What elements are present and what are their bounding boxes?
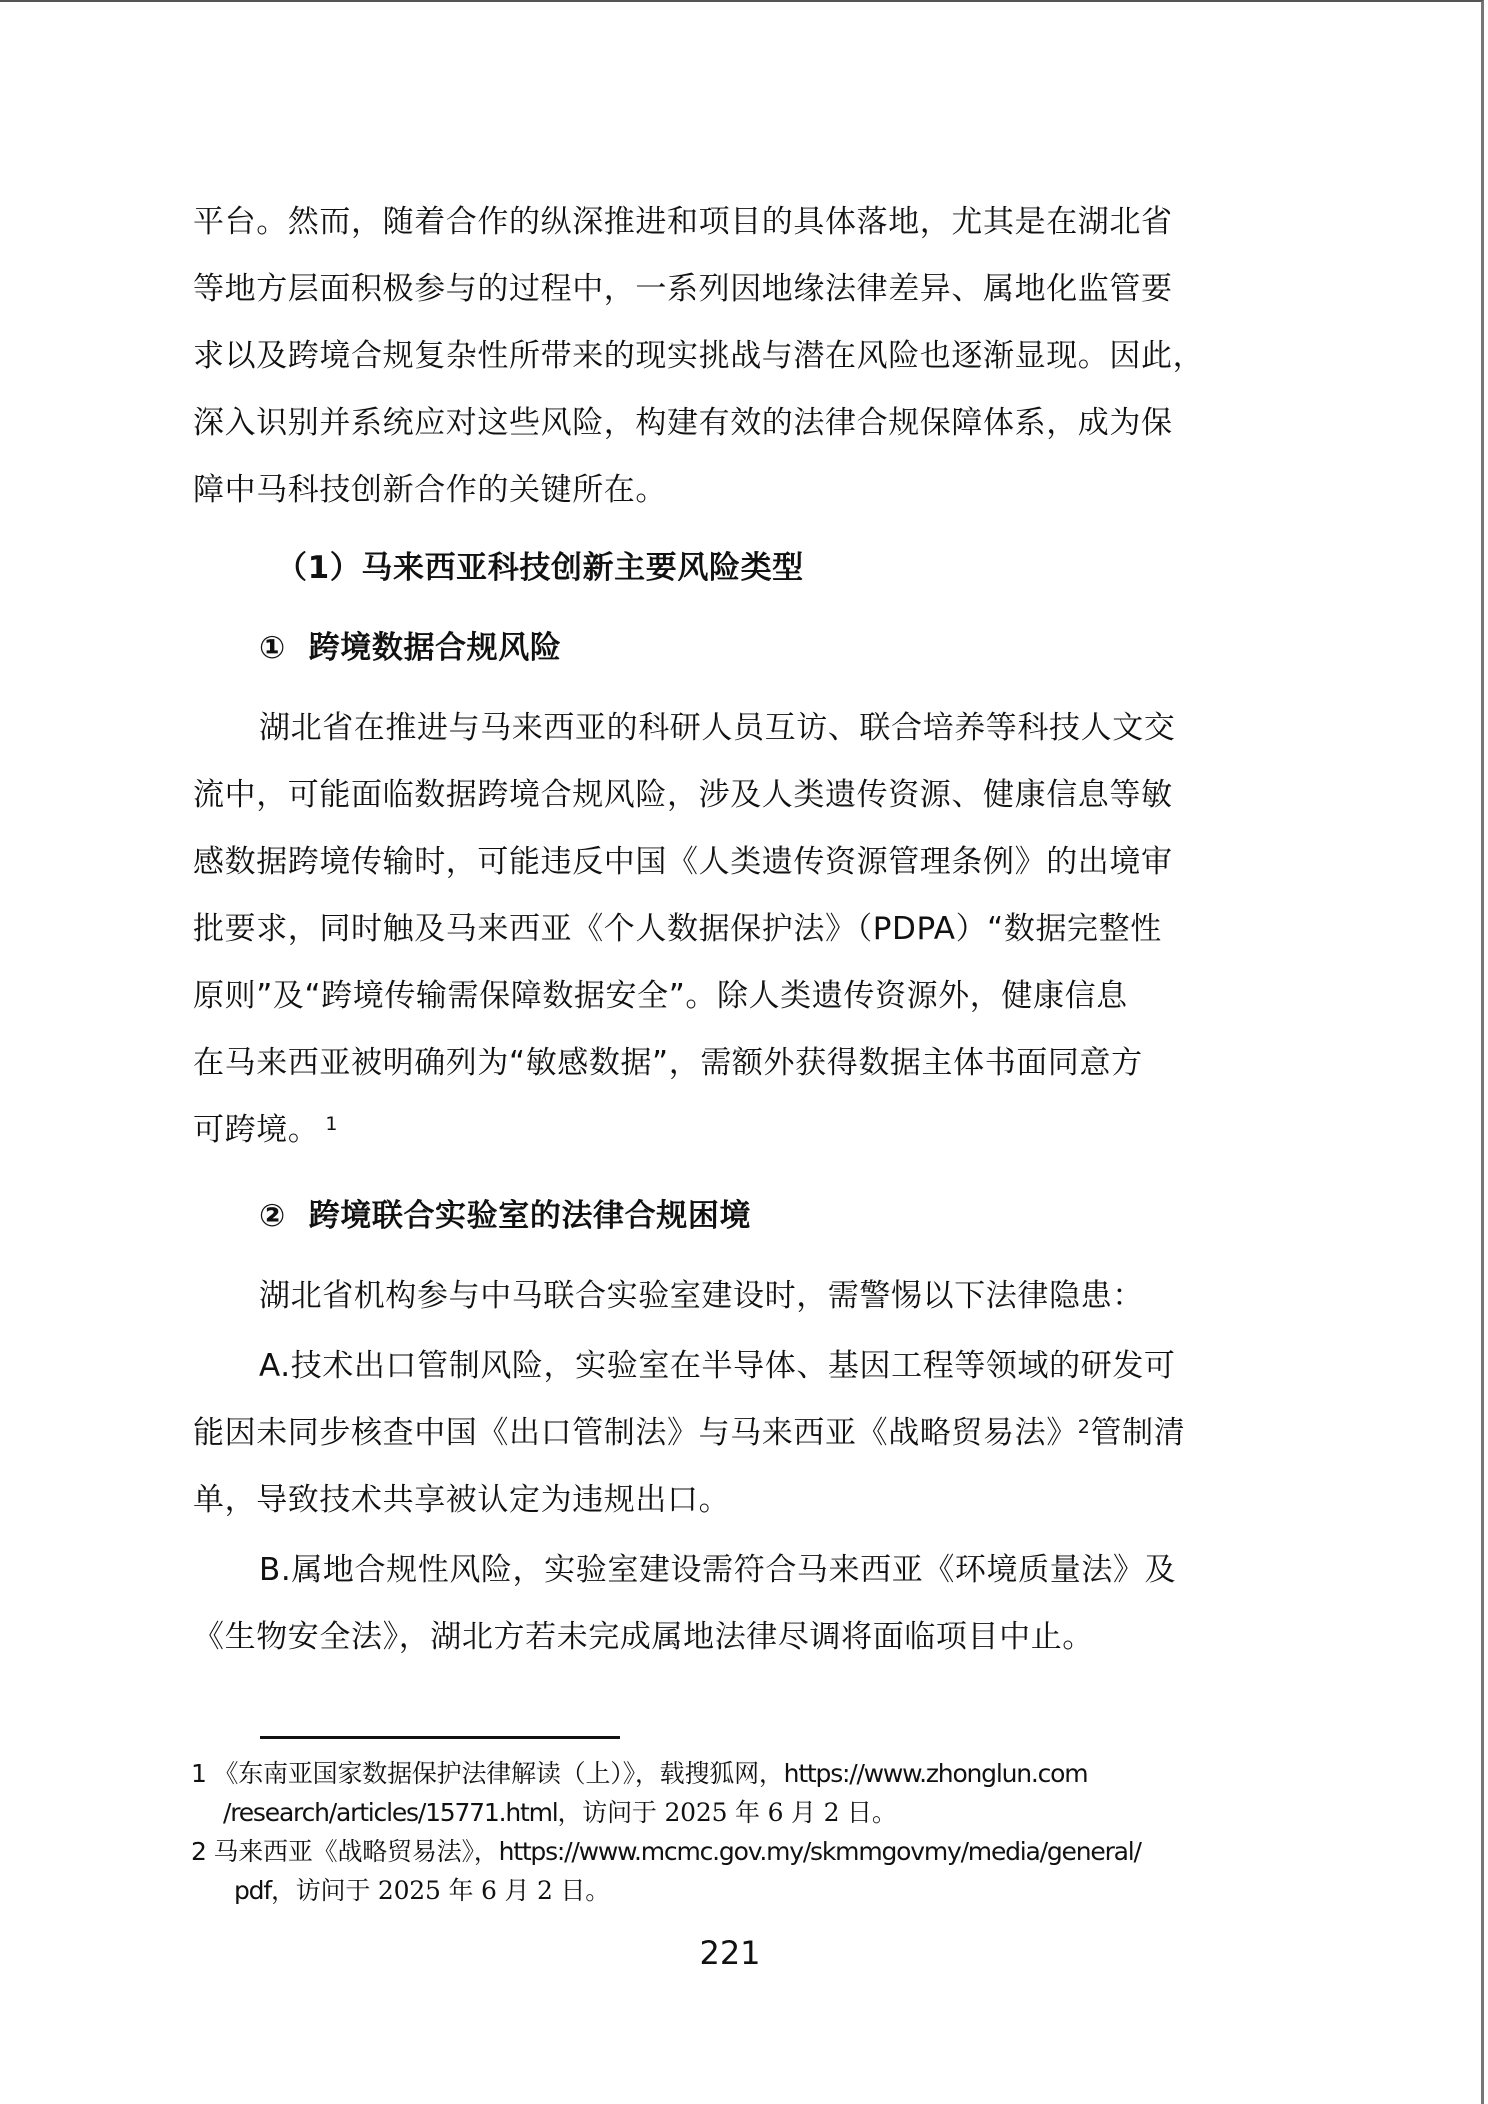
footnote-1-line-1: 1 《东南亚国家数据保护法律解读（上）》，载搜狐网，https://www.zh… (191, 1759, 1087, 1789)
intro-paragraph-line-3: 求以及跨境合规复杂性所带来的现实挑战与潜在风险也逐渐显现。因此， (193, 336, 1204, 376)
footnote-ref-2[interactable]: 2 (1078, 1416, 1091, 1438)
intro-paragraph-line-1: 平台。然而，随着合作的纵深推进和项目的具体落地，尤其是在湖北省 (193, 202, 1173, 242)
intro-paragraph-line-5: 障中马科技创新合作的关键所在。 (193, 470, 667, 510)
footnote-2-access: ，访问于 2025 年 6 月 2 日。 (271, 1876, 610, 1905)
item-a-line-2-tail: 管制清 (1091, 1415, 1186, 1451)
subsection-1-line-7: 可跨境。1 (193, 1110, 338, 1150)
subsection-1-line-6: 在马来西亚被明确列为“敏感数据”，需额外获得数据主体书面同意方 (193, 1043, 1143, 1083)
subsection-1-line-1: 湖北省在推进与马来西亚的科研人员互访、联合培养等科技人文交 (259, 708, 1175, 748)
footnote-2-url-part1[interactable]: https://www.mcmc.gov.my/skmmgovmy/media/… (499, 1837, 1141, 1866)
intro-paragraph-line-4: 深入识别并系统应对这些风险，构建有效的法律合规保障体系，成为保 (193, 403, 1173, 443)
footnote-1-line-2: /research/articles/15771.html，访问于 2025 年… (223, 1798, 897, 1828)
item-b-line-2: 《生物安全法》，湖北方若未完成属地法律尽调将面临项目中止。 (193, 1617, 1094, 1657)
subsection-1-line-7-text: 可跨境。 (193, 1112, 319, 1148)
footnote-2-url-part2[interactable]: pdf (234, 1876, 271, 1905)
item-a-line-3: 单，导致技术共享被认定为违规出口。 (193, 1480, 730, 1520)
subsection-heading-2: ② 跨境联合实验室的法律合规困境 (259, 1196, 751, 1236)
subsection-2-intro: 湖北省机构参与中马联合实验室建设时，需警惕以下法律隐患： (259, 1276, 1144, 1316)
subsection-1-line-2: 流中，可能面临数据跨境合规风险，涉及人类遗传资源、健康信息等敏 (193, 775, 1173, 815)
circled-number-2-icon: ② (259, 1198, 286, 1234)
circled-number-1-icon: ① (259, 630, 286, 666)
item-b-line-1: B.属地合规性风险，实验室建设需符合马来西亚《环境质量法》及 (259, 1550, 1176, 1590)
footnote-1-title: 《东南亚国家数据保护法律解读（上）》，载搜狐网， (213, 1759, 783, 1788)
footnote-separator (260, 1736, 620, 1739)
page-number: 221 (0, 1933, 1460, 1973)
footnote-2-title: 马来西亚《战略贸易法》， (213, 1837, 498, 1866)
footnote-2-line-2: pdf，访问于 2025 年 6 月 2 日。 (234, 1876, 610, 1906)
footnote-2-line-1: 2 马来西亚《战略贸易法》，https://www.mcmc.gov.my/sk… (191, 1837, 1141, 1867)
intro-paragraph-line-2: 等地方层面积极参与的过程中，一系列因地缘法律差异、属地化监管要 (193, 269, 1173, 309)
footnote-1-number: 1 (191, 1759, 206, 1788)
item-a-line-1: A.技术出口管制风险，实验室在半导体、基因工程等领域的研发可 (259, 1346, 1176, 1386)
footnote-1-url-part2[interactable]: /research/articles/15771.html (223, 1798, 558, 1827)
footnote-ref-1[interactable]: 1 (325, 1113, 338, 1135)
subsection-heading-1: ① 跨境数据合规风险 (259, 628, 561, 668)
subsection-1-line-5: 原则”及“跨境传输需保障数据安全”。除人类遗传资源外，健康信息 (193, 976, 1128, 1016)
item-a-line-2: 能因未同步核查中国《出口管制法》与马来西亚《战略贸易法》2管制清 (193, 1413, 1185, 1453)
footnote-2-number: 2 (191, 1837, 206, 1866)
section-heading: （1）马来西亚科技创新主要风险类型 (276, 548, 804, 588)
item-a-line-2-text: 能因未同步核查中国《出口管制法》与马来西亚《战略贸易法》 (193, 1415, 1078, 1451)
footnote-1-access: ，访问于 2025 年 6 月 2 日。 (558, 1798, 897, 1827)
subsection-1-line-4: 批要求，同时触及马来西亚《个人数据保护法》（PDPA）“数据完整性 (193, 909, 1162, 949)
subsection-1-line-3: 感数据跨境传输时，可能违反中国《人类遗传资源管理条例》的出境审 (193, 842, 1173, 882)
footnote-1-url-part1[interactable]: https://www.zhonglun.com (784, 1759, 1088, 1788)
subsection-title-2: 跨境联合实验室的法律合规困境 (309, 1198, 751, 1234)
subsection-title-1: 跨境数据合规风险 (309, 630, 562, 666)
